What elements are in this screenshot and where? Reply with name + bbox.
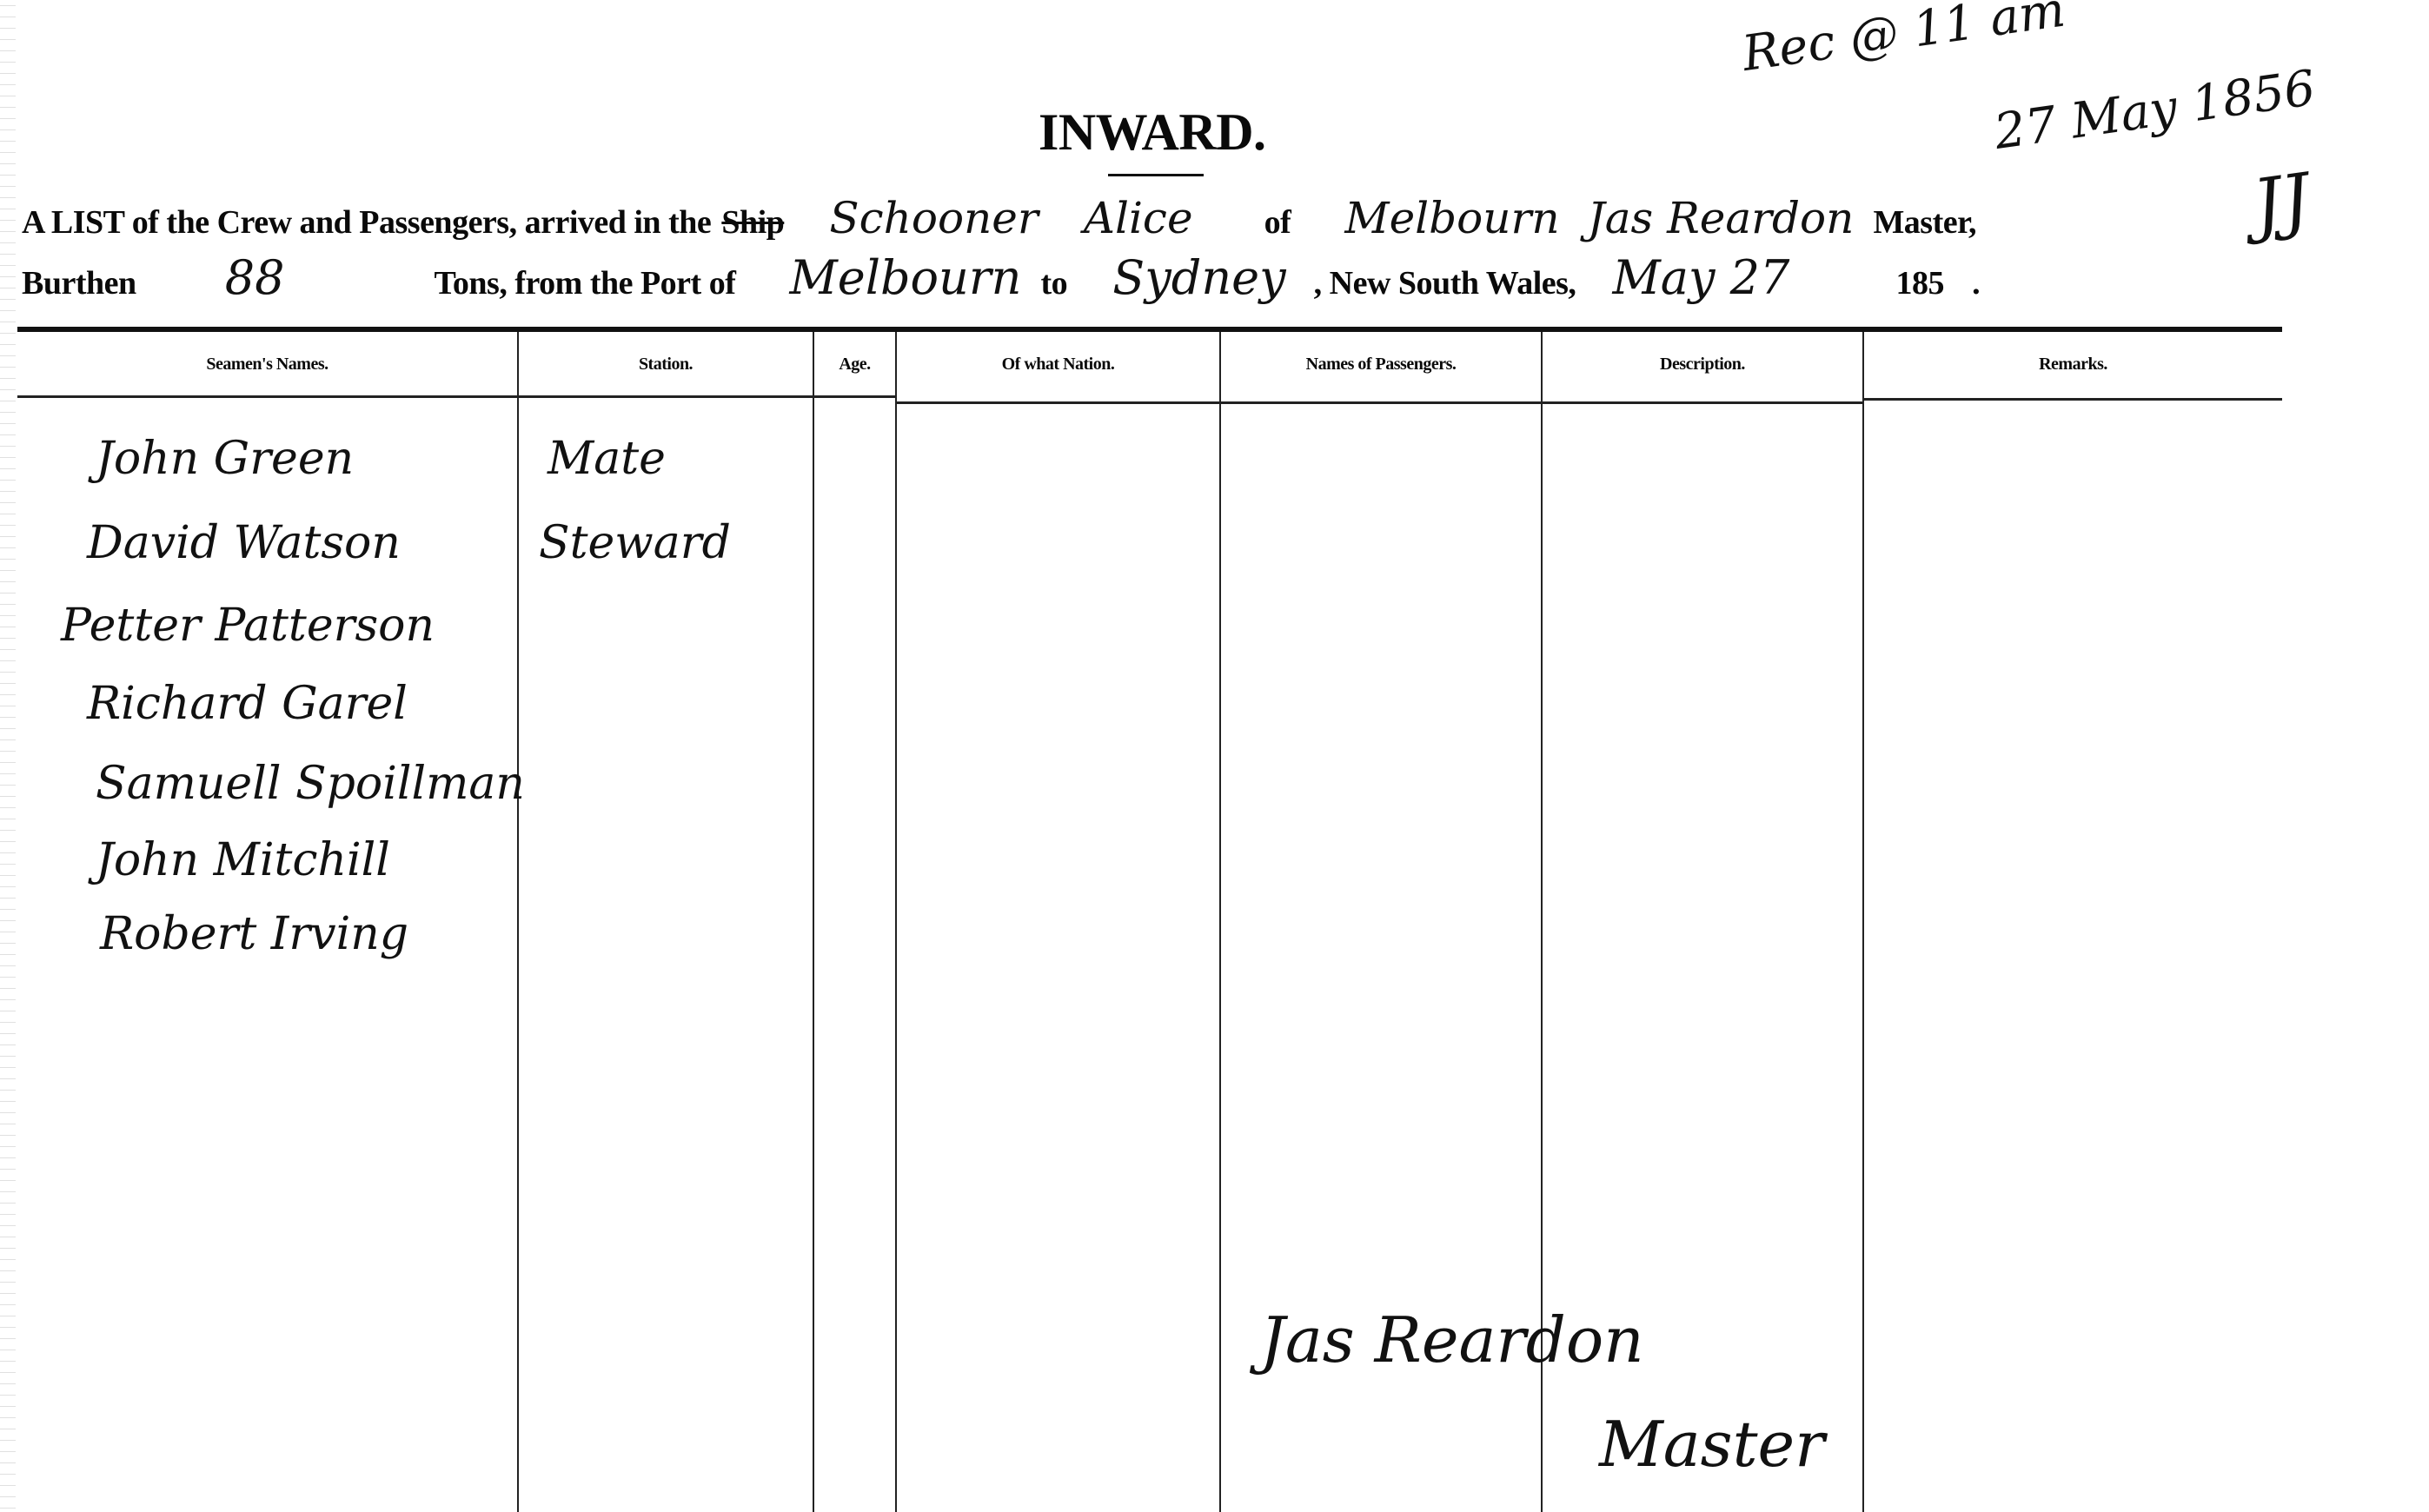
header-seamens-names: Seamen's Names.: [17, 355, 517, 375]
year-suffix: .: [1972, 265, 1980, 302]
table-top-rule: [17, 327, 2282, 332]
header-underline: [1864, 398, 2282, 401]
column-divider: [895, 332, 897, 1512]
header-station: Station.: [519, 355, 813, 375]
crew-station: Mate: [548, 433, 666, 485]
header-underline: [1221, 401, 1541, 404]
title-underline: [1108, 174, 1204, 176]
heading-line-1: A LIST of the Crew and Passengers, arriv…: [22, 193, 1976, 243]
crew-name: Samuell Spoillman: [96, 758, 525, 810]
year-prefix: 185: [1895, 265, 1944, 302]
master-signature: Jas Reardon: [1260, 1303, 1644, 1376]
heading-line-2: Burthen 88 Tons, from the Port of Melbou…: [22, 250, 1980, 305]
crew-station: Steward: [539, 517, 731, 569]
struck-ship-word: Ship: [721, 204, 784, 241]
crew-name: John Green: [96, 433, 354, 485]
colony-label: , New South Wales,: [1314, 265, 1576, 302]
header-underline: [1543, 401, 1862, 404]
vessel-type: Schooner: [829, 193, 1038, 243]
header-underline: [17, 395, 517, 398]
vessel-port: Melbourn: [1344, 193, 1559, 243]
received-annotation: Rec @ 11 am: [1739, 0, 2068, 83]
header-passenger-names: Names of Passengers.: [1221, 355, 1541, 375]
to-label: to: [1041, 265, 1068, 302]
header-underline: [519, 395, 813, 398]
header-remarks: Remarks.: [1864, 355, 2282, 375]
crew-name: John Mitchill: [96, 834, 390, 886]
master-name: Jas Reardon: [1588, 193, 1855, 243]
heading-prefix: A LIST of the Crew and Passengers, arriv…: [22, 204, 711, 241]
scan-edge-noise: [0, 0, 16, 1512]
crew-name: Robert Irving: [100, 908, 408, 960]
to-port: Sydney: [1112, 250, 1285, 305]
from-port: Melbourn: [789, 250, 1021, 305]
received-date-annotation: 27 May 1856: [1991, 60, 2319, 161]
crew-name: Petter Patterson: [61, 600, 435, 652]
header-underline: [897, 401, 1219, 404]
crew-name: Richard Garel: [87, 678, 408, 730]
page-title: INWARD.: [1039, 103, 1266, 162]
tons-label: Tons, from the Port of: [435, 265, 736, 302]
column-divider: [517, 332, 519, 1512]
of-label: of: [1264, 204, 1291, 241]
column-divider: [1862, 332, 1864, 1512]
header-description: Description.: [1543, 355, 1862, 375]
burthen-label: Burthen: [22, 265, 136, 302]
column-divider: [813, 332, 814, 1512]
arrival-date: May 27: [1613, 250, 1790, 305]
master-label: Master,: [1873, 204, 1976, 241]
crew-name: David Watson: [87, 517, 401, 569]
clerk-initials: JJ: [2248, 158, 2314, 246]
burthen-value: 88: [225, 250, 285, 305]
header-underline: [814, 395, 895, 398]
header-nation: Of what Nation.: [897, 355, 1219, 375]
vessel-name: Alice: [1084, 193, 1193, 243]
column-divider: [1219, 332, 1221, 1512]
header-age: Age.: [814, 355, 895, 375]
master-signature-title: Master: [1599, 1408, 1825, 1481]
